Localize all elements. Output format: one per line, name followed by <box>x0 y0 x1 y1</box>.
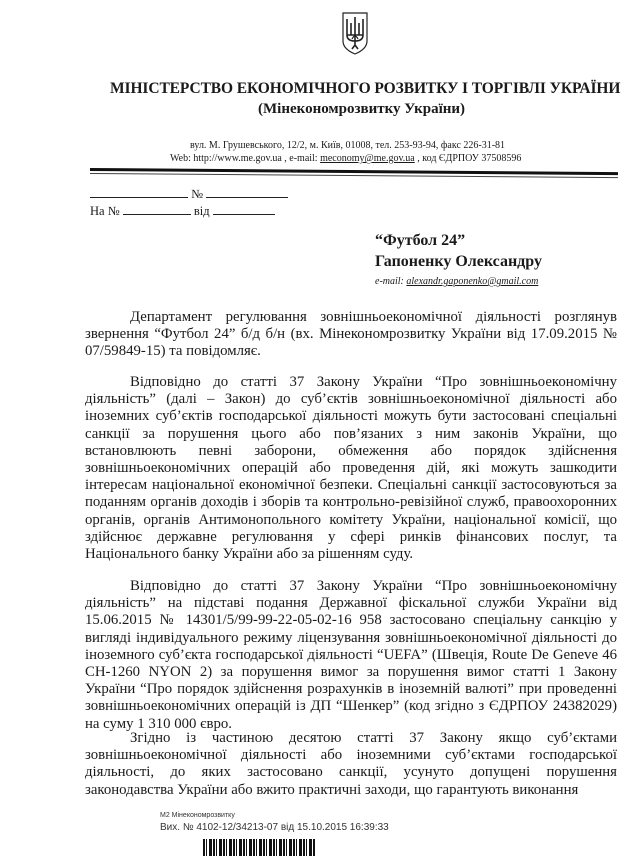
ministry-contacts: Web: http://www.me.gov.ua , e-mail: meco… <box>170 153 521 164</box>
body-paragraph-2: Відповідно до статті 37 Закону України “… <box>85 374 617 563</box>
body-paragraph-3: Відповідно до статті 37 Закону України “… <box>85 578 617 733</box>
reply-date-blank <box>213 203 275 215</box>
ministry-email-link[interactable]: meconomy@me.gov.ua <box>320 153 415 164</box>
recipient-email: e-mail: alexandr.gaponenko@gmail.com <box>375 276 538 287</box>
registration-stamp-number: Вих. № 4102-12/34213-07 від 15.10.2015 1… <box>160 822 389 833</box>
document-page: МІНІСТЕРСТВО ЕКОНОМІЧНОГО РОЗВИТКУ І ТОР… <box>0 0 640 856</box>
body-paragraph-4: Згідно із частиною десятою статті 37 Зак… <box>85 730 617 799</box>
in-reply-line: На № від <box>90 203 275 219</box>
barcode-icon <box>203 839 315 856</box>
edrpou-code: , код ЄДРПОУ 37508596 <box>415 153 522 164</box>
web-label: Web: http://www.me.gov.ua , e-mail: <box>170 153 320 164</box>
in-reply-label: На № <box>90 204 120 218</box>
trident-coat-of-arms-icon <box>341 11 369 55</box>
outgoing-number-line: № <box>90 186 288 202</box>
reply-date-label: від <box>194 204 210 218</box>
number-label: № <box>191 187 203 201</box>
reply-number-blank <box>123 203 191 215</box>
recipient-email-label: e-mail: <box>375 276 406 287</box>
number-blank <box>206 186 288 198</box>
registration-stamp-org: М2 Мінекономрозвитку <box>160 812 235 819</box>
recipient-name: Гапоненку Олександру <box>375 253 542 271</box>
body-paragraph-1: Департамент регулювання зовнішньоекономі… <box>85 309 617 361</box>
recipient-email-link[interactable]: alexandr.gaponenko@gmail.com <box>406 276 538 287</box>
ministry-abbreviation: (Мінекономрозвитку України) <box>258 101 465 118</box>
recipient-organization: “Футбол 24” <box>375 232 465 250</box>
ministry-address: вул. М. Грушевського, 12/2, м. Київ, 010… <box>190 140 505 151</box>
date-blank <box>90 186 188 198</box>
ministry-title: МІНІСТЕРСТВО ЕКОНОМІЧНОГО РОЗВИТКУ І ТОР… <box>110 80 620 98</box>
